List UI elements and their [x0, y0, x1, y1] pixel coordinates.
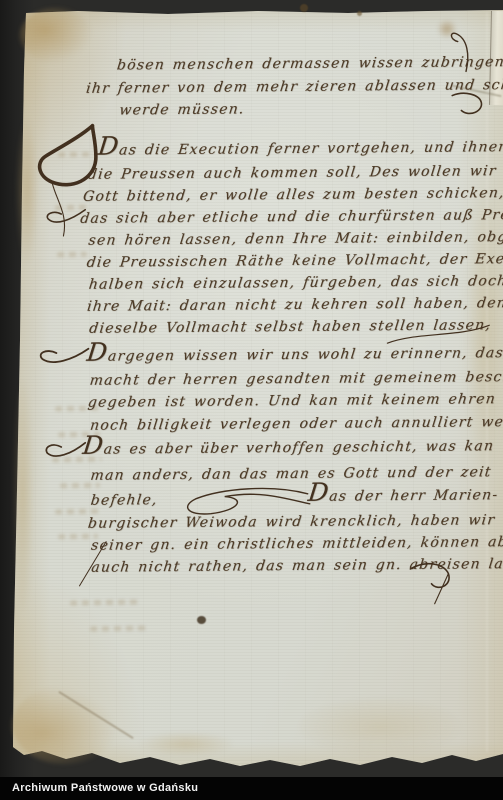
manuscript-line: gegeben ist worden. Und kan mit keinem e…	[87, 391, 497, 411]
manuscript-line: die Preussischen Räthe keine Vollmacht, …	[86, 251, 503, 271]
manuscript-line: man anders, dan das man es Gott und der …	[90, 464, 493, 484]
archive-footer-bar: Archiwum Państwowe w Gdańsku	[0, 777, 503, 800]
calligraphic-flourish	[36, 344, 90, 372]
manuscript-line: Dargegen wissen wir uns wohl zu erinnern…	[86, 345, 503, 365]
manuscript-line: das sich aber etliche und die churfürste…	[79, 207, 503, 227]
manuscript-line: halben sich einzulassen, fürgeben, das s…	[88, 273, 503, 293]
manuscript-text-block: bösen menschen dermassen wissen zubringe…	[0, 0, 503, 800]
manuscript-line: sen hören lassen, denn Ihre Mait: einbil…	[88, 229, 503, 249]
manuscript-line: befehle,	[90, 492, 159, 509]
manuscript-line: bösen menschen dermassen wissen zubringe…	[116, 54, 503, 74]
calligraphic-flourish	[447, 29, 473, 75]
calligraphic-flourish	[45, 206, 87, 230]
calligraphic-flourish	[385, 322, 491, 347]
manuscript-line: seiner gn. ein christliches mittleiden, …	[90, 534, 503, 554]
manuscript-line: die Preussen auch kommen soll, Des wolle…	[87, 163, 498, 183]
manuscript-line: werde müssen.	[118, 101, 245, 118]
manuscript-line: Gott bittend, er wolle alles zum besten …	[82, 185, 503, 205]
manuscript-line: Das es aber über verhoffen geschicht, wa…	[81, 438, 495, 458]
calligraphic-flourish	[406, 557, 460, 607]
scan-viewer: bösen menschen dermassen wissen zubringe…	[0, 0, 503, 800]
manuscript-line: macht der herren gesandten mit gemeinem …	[89, 369, 503, 389]
manuscript-line: ihr ferner von dem mehr zieren ablassen …	[85, 77, 503, 97]
calligraphic-flourish	[76, 540, 108, 588]
manuscript-line: noch billigkeit verlegen oder auch annul…	[89, 414, 503, 434]
archive-name: Archiwum Państwowe w Gdańsku	[12, 777, 198, 800]
calligraphic-flourish	[180, 484, 312, 521]
manuscript-line: ihre Mait: daran nicht zu kehren soll ha…	[86, 295, 503, 315]
calligraphic-flourish	[43, 438, 87, 466]
calligraphic-flourish	[450, 88, 486, 120]
manuscript-line: Das der herr Marien-	[307, 487, 499, 505]
manuscript-line: Das die Execution ferner vortgehen, und …	[97, 139, 503, 159]
